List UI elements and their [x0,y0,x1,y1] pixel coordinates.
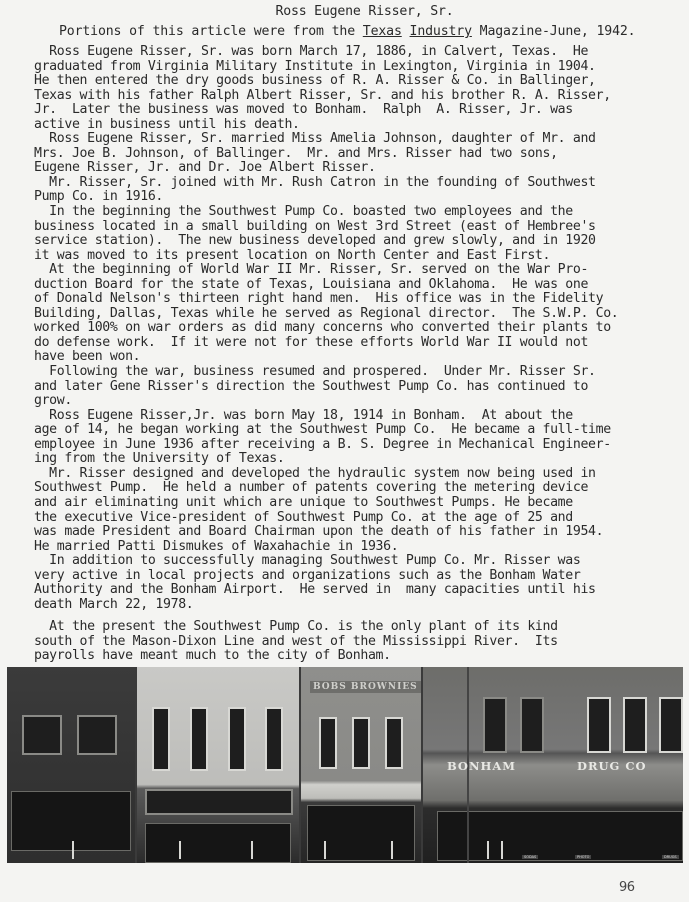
text-line: service station). The new business devel… [34,234,684,249]
text-line: do defense work. If it were not for thes… [34,336,684,351]
parking-meter [324,841,326,859]
window [77,715,117,755]
text-line: At the beginning of World War II Mr. Ris… [34,263,684,278]
text-line: very active in local projects and organi… [34,569,684,584]
text-line: have been won. [34,350,684,365]
storefront-window [437,811,683,861]
sign-sodas: SODAS [522,855,538,859]
transom-windows [145,789,293,815]
window [319,717,337,769]
parking-meter [487,841,489,859]
text-line: Mrs. Joe B. Johnson, of Ballinger. Mr. a… [34,147,684,162]
text-line: worked 100% on war orders as did many co… [34,321,684,336]
text-line: He then entered the dry goods business o… [34,74,684,89]
parking-meter [501,841,503,859]
sign-bobs-brownies: BOBS BROWNIES [310,681,421,693]
text-line: and later Gene Risser's direction the So… [34,380,684,395]
text-line: Ross Eugene Risser, Sr. was born March 1… [34,45,684,60]
parking-meter [72,841,74,859]
window [228,707,246,771]
text-line: Jr. Later the business was moved to Bonh… [34,103,684,118]
text-line: employee in June 1936 after receiving a … [34,438,684,453]
text-line: was made President and Board Chairman up… [34,525,684,540]
window [190,707,208,771]
building-bobs [301,667,421,863]
storefront-window [145,823,291,863]
parking-meter [391,841,393,859]
text-line: active in business until his death. [34,118,684,133]
text-line: Building, Dallas, Texas while he served … [34,307,684,322]
text-line: of Donald Nelson's thirteen right hand m… [34,292,684,307]
text-line: He married Patti Dismukes of Waxahachie … [34,540,684,555]
window [520,697,544,753]
sign-photo: PHOTO [575,855,591,859]
building-left [7,667,135,863]
text-line: ing from the University of Texas. [34,452,684,467]
source-prefix: Portions of this article were from the [59,24,363,39]
text-line: death March 22, 1978. [34,598,684,613]
window [265,707,283,771]
text-line: Eugene Risser, Jr. and Dr. Joe Albert Ri… [34,161,684,176]
text-line: Authority and the Bonham Airport. He ser… [34,583,684,598]
text-line: duction Board for the state of Texas, Lo… [34,278,684,293]
building-white [137,667,299,863]
text-line: Ross Eugene Risser,Jr. was born May 18, … [34,409,684,424]
parking-meter [251,841,253,859]
text-line: grow. [34,394,684,409]
text-line: Following the war, business resumed and … [34,365,684,380]
sign-bonham: BONHAM [447,759,516,773]
text-line: south of the Mason-Dixon Line and west o… [34,635,684,650]
window [659,697,683,753]
text-line: At the present the Southwest Pump Co. is… [34,620,684,635]
window [623,697,647,753]
text-line: Southwest Pump. He held a number of pate… [34,481,684,496]
body-paragraphs: Ross Eugene Risser, Sr. was born March 1… [34,45,684,612]
document-page: Ross Eugene Risser, Sr. Portions of this… [0,0,689,902]
page-number: 96 [619,880,635,895]
publication-name-part1: Texas [363,24,402,39]
source-suffix: Magazine-June, 1942. [472,24,636,39]
window [483,697,507,753]
sign-drugs: DRUGS [662,855,679,859]
text-line: the executive Vice-president of Southwes… [34,511,684,526]
text-line: Pump Co. in 1916. [34,190,684,205]
text-line: In addition to successfully managing Sou… [34,554,684,569]
storefront-window [11,791,131,851]
parking-meter [179,841,181,859]
text-line: Mr. Risser, Sr. joined with Mr. Rush Cat… [34,176,684,191]
text-line: payrolls have meant much to the city of … [34,649,684,664]
sign-drug-co: DRUG CO [577,759,647,773]
text-line: and air eliminating unit which are uniqu… [34,496,684,511]
closing-paragraph: At the present the Southwest Pump Co. is… [34,620,684,664]
window [22,715,62,755]
text-line: Texas with his father Ralph Albert Risse… [34,89,684,104]
text-line: age of 14, he began working at the South… [34,423,684,438]
text-line: business located in a small building on … [34,220,684,235]
window [152,707,170,771]
window [352,717,370,769]
text-line: it was moved to its present location on … [34,249,684,264]
text-line: graduated from Virginia Military Institu… [34,60,684,75]
window [385,717,403,769]
article-title: Ross Eugene Risser, Sr. [0,4,689,19]
publication-name-part2: Industry [410,24,472,39]
article-body: Ross Eugene Risser, Sr. was born March 1… [34,45,684,664]
text-line: In the beginning the Southwest Pump Co. … [34,205,684,220]
text-line: Ross Eugene Risser, Sr. married Miss Ame… [34,132,684,147]
source-note: Portions of this article were from the T… [59,24,635,39]
text-line: Mr. Risser designed and developed the hy… [34,467,684,482]
window [587,697,611,753]
storefront-photo: BOBS BROWNIES BONHAM DRUG CO SODAS PHOTO… [7,667,683,863]
